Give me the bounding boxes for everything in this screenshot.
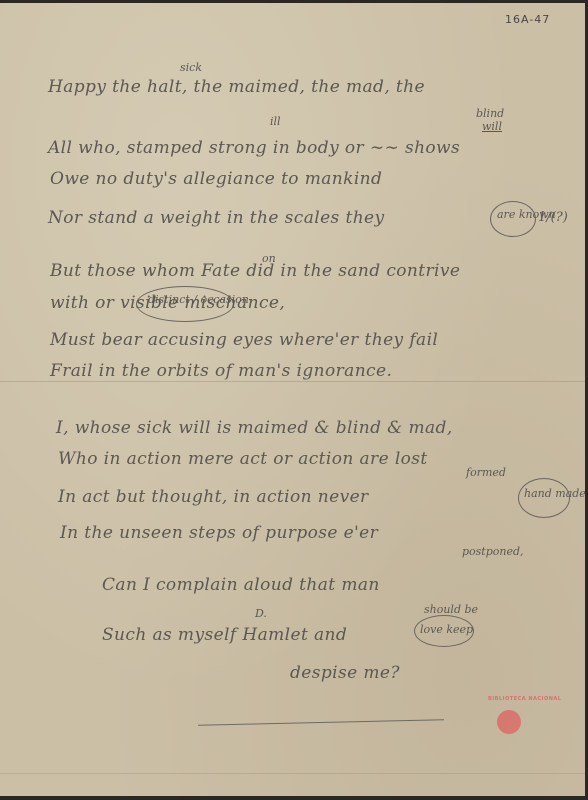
insertion-should-be: should be bbox=[424, 603, 478, 616]
insertion-will: will bbox=[482, 120, 502, 133]
library-stamp-icon bbox=[497, 710, 521, 734]
manuscript-line-8: Frail in the orbits of man's ignorance. bbox=[50, 361, 392, 381]
manuscript-line-13: Can I complain aloud that man bbox=[102, 575, 380, 595]
manuscript-line-5: But those whom Fate did in the sand cont… bbox=[50, 261, 460, 281]
reference-number: 16A-47 bbox=[505, 13, 550, 26]
manuscript-line-6: with or visible mischance, bbox=[50, 293, 285, 313]
stamp-text: BIBLIOTECA NACIONAL bbox=[488, 696, 561, 702]
insertion-postponed: postponed, bbox=[462, 545, 524, 558]
insertion-ill: ill bbox=[270, 115, 281, 128]
manuscript-line-15: despise me? bbox=[290, 663, 400, 683]
manuscript-line-11: In act but thought, in action never bbox=[58, 487, 369, 507]
insertion-d: D. bbox=[255, 607, 267, 620]
manuscript-line-9: I, whose sick will is maimed & blind & m… bbox=[56, 418, 453, 438]
manuscript-line-3: Owe no duty's allegiance to mankind bbox=[50, 169, 382, 189]
manuscript-page: 16A-47 sick Happy the halt, the maimed, … bbox=[0, 3, 585, 796]
insertion-formed: formed bbox=[466, 466, 506, 479]
manuscript-line-4: Nor stand a weight in the scales they bbox=[48, 208, 385, 228]
insertion-blind: blind bbox=[476, 107, 504, 120]
manuscript-line-10: Who in action mere act or action are los… bbox=[58, 449, 428, 469]
closing-rule bbox=[198, 719, 444, 726]
margin-mark: 1/(?) bbox=[538, 210, 568, 225]
insertion-sick: sick bbox=[180, 61, 202, 74]
paper-fold bbox=[0, 381, 585, 382]
manuscript-line-12: In the unseen steps of purpose e'er bbox=[60, 523, 378, 543]
manuscript-line-1: Happy the halt, the maimed, the mad, the bbox=[48, 77, 425, 97]
circled-text-love-keep: love keep bbox=[420, 623, 473, 636]
manuscript-line-2: All who, stamped strong in body or ∼∼ sh… bbox=[48, 138, 460, 158]
circled-text-hand-made: hand made bbox=[524, 487, 586, 500]
manuscript-line-7: Must bear accusing eyes where'er they fa… bbox=[50, 330, 438, 350]
manuscript-line-14: Such as myself Hamlet and bbox=[102, 625, 347, 645]
paper-edge-line bbox=[0, 773, 585, 774]
